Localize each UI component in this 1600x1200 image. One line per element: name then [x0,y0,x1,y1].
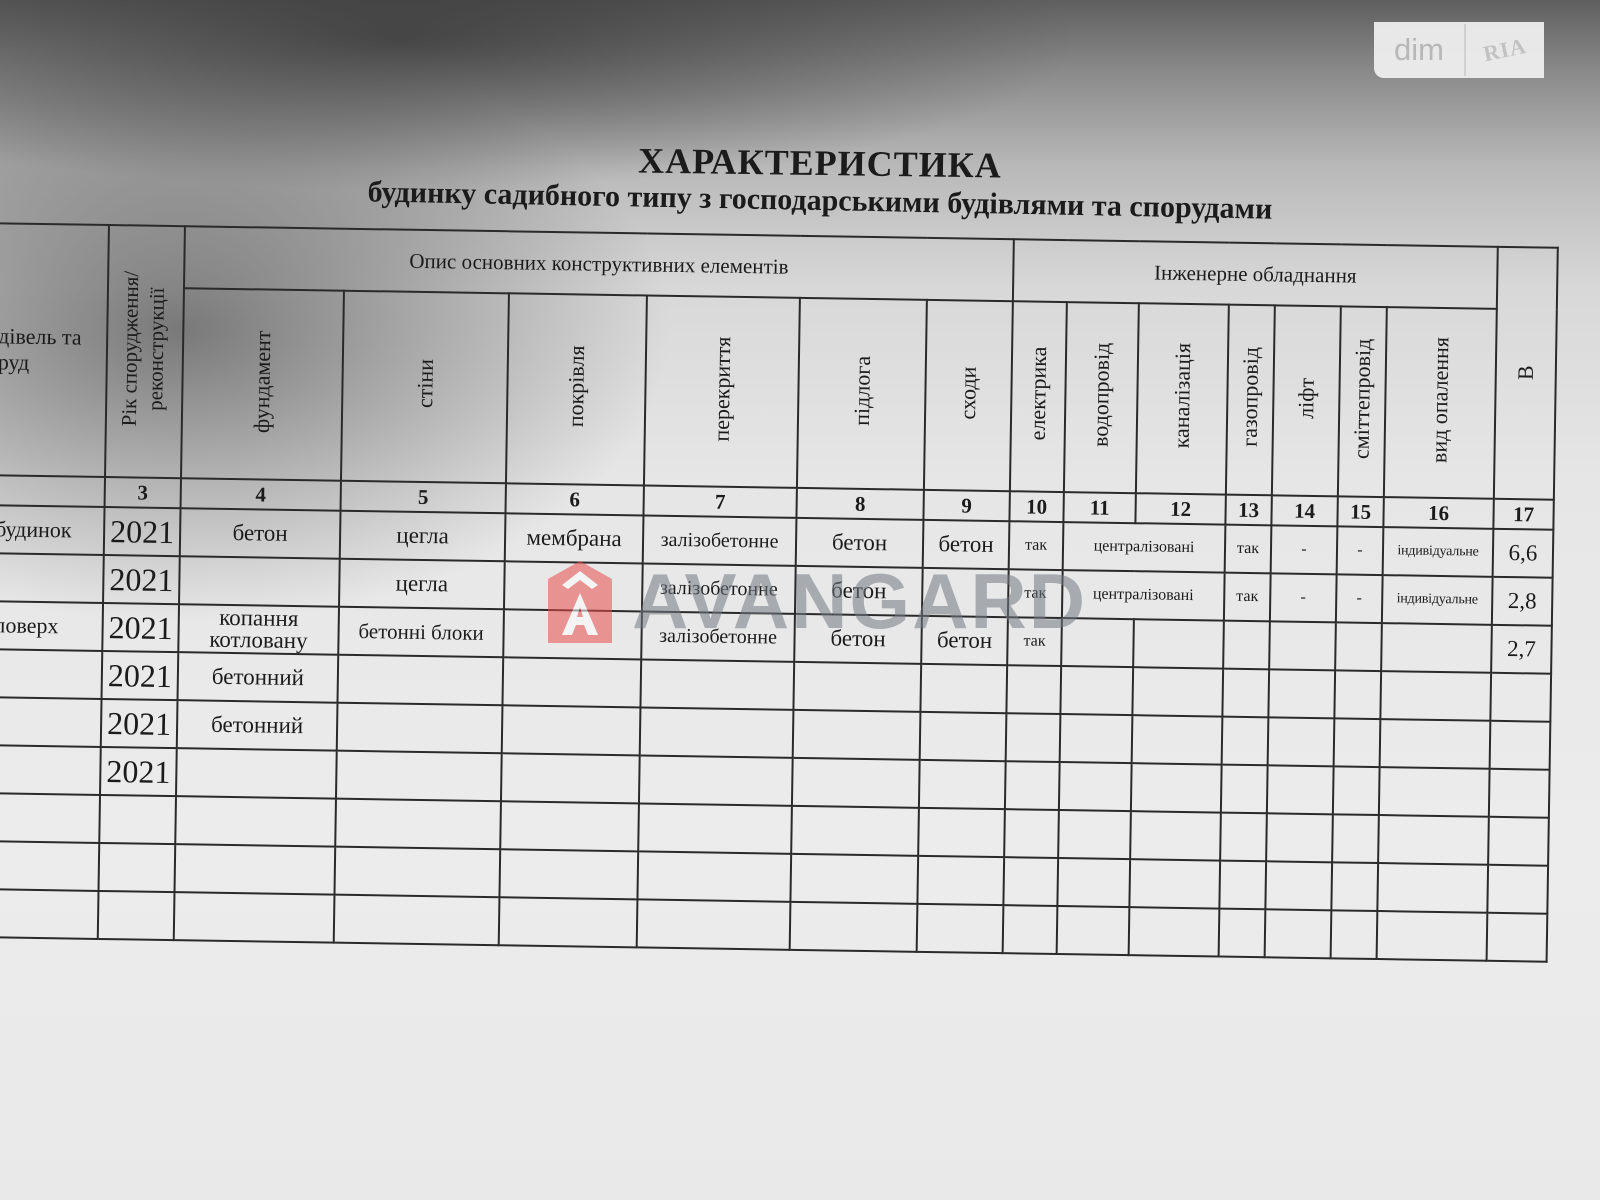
floor-cell: бетон [794,614,922,664]
col-num: 3 [105,477,181,508]
header-walls: стіни [341,291,509,484]
header-heating: вид опалення [1384,307,1497,499]
col-num: 15 [1337,496,1383,527]
year-cell: 2021 [103,555,180,604]
chute-cell: - [1336,574,1383,623]
chute-cell [1335,622,1382,671]
building-name [0,841,99,891]
gas-cell [1223,621,1270,670]
gas-cell: так [1225,525,1272,574]
dim-ria-watermark: dim RIA [1374,22,1544,78]
ria-logo-text: RIA [1464,29,1546,71]
header-year: Рік спорудження/ реконструкції [105,225,185,478]
building-name [0,793,100,843]
year-cell: 2021 [102,651,179,700]
stairs-cell [922,568,1009,617]
header-chute: сміттепровід [1338,306,1387,497]
header-foundation: фундамент [181,288,344,480]
electric-cell: так [1008,569,1063,618]
header-stairs: сходи [924,300,1013,491]
year-cell [99,795,176,844]
gas-cell: так [1224,573,1271,622]
year-cell: 2021 [101,699,178,748]
sewer-cell [1133,619,1224,668]
col-num: 10 [1009,491,1063,522]
dim-logo-text: dim [1374,24,1466,76]
year-cell: 2021 [102,603,179,652]
ceiling-cell: залізобетонне [643,515,797,565]
heating-cell: індивідуальне [1382,575,1493,625]
header-engineering-group: Інженерне обладнання [1013,239,1498,309]
header-roof: покрівля [506,293,647,485]
col-num: 8 [796,488,923,520]
col-num: 14 [1271,495,1337,526]
area-cell: 2,7 [1491,625,1552,674]
walls-cell: цегла [339,559,505,610]
col-num: 11 [1063,492,1135,523]
ceiling-cell: залізобетонне [642,563,796,613]
header-building: дівель та руд [0,223,109,477]
walls-cell: цегла [340,511,506,562]
characteristics-table: дівель та руд Рік спорудження/ реконстру… [0,222,1559,963]
col-num: 16 [1383,497,1493,529]
header-electric: електрика [1010,301,1067,492]
walls-cell: бетонні блоки [338,607,504,658]
col-num: 9 [923,490,1009,521]
col-num: 12 [1135,493,1225,524]
building-name: поверх [0,601,103,651]
header-water: водопровід [1064,302,1139,493]
col-num: 13 [1225,495,1271,526]
header-floor: підлога [797,298,927,490]
lift-cell [1269,621,1336,670]
area-cell: 6,6 [1493,529,1554,578]
water-sewer-cell: централізовані [1062,570,1225,621]
header-lift: ліфт [1272,305,1341,496]
floor-cell: бетон [795,566,923,616]
foundation-cell: копання котловану [178,604,339,655]
foundation-cell [179,556,340,607]
heating-cell [1381,623,1492,673]
heating-cell: індивідуальне [1383,527,1494,577]
header-sewer: каналізація [1136,303,1229,494]
foundation-cell: бетонний [178,652,339,703]
area-cell: 2,8 [1492,577,1553,626]
lift-cell: - [1270,573,1337,622]
building-name: будинок [0,505,105,555]
electric-cell: так [1007,617,1062,666]
header-ceiling: перекриття [644,295,800,487]
roof-cell [503,609,642,659]
building-name [0,745,101,795]
year-cell [98,891,175,940]
header-gas: газопровід [1226,305,1275,496]
year-cell [99,843,176,892]
water-sewer-cell: централізовані [1063,522,1226,573]
foundation-cell: бетон [180,508,341,559]
floor-cell: бетон [796,518,924,568]
building-name [0,889,99,939]
year-cell: 2021 [100,747,177,796]
stairs-cell: бетон [923,520,1010,569]
col-num: 4 [181,478,341,511]
header-col17: В [1494,247,1558,500]
roof-cell [504,561,643,611]
col-num: 17 [1493,499,1553,530]
electric-cell: так [1009,521,1064,570]
chute-cell: - [1337,526,1384,575]
roof-cell: мембрана [505,513,644,563]
lift-cell: - [1271,525,1338,574]
building-name [0,553,104,603]
col-num: 6 [505,483,643,515]
foundation-cell: бетонний [177,700,338,751]
stairs-cell: бетон [921,616,1008,665]
col-num: 7 [643,485,796,517]
building-name [0,649,102,699]
ceiling-cell: залізобетонне [641,611,795,661]
building-name [0,697,102,747]
col-num: 5 [341,481,506,514]
water-cell [1061,618,1134,667]
foundation-cell [176,748,337,799]
year-cell: 2021 [104,507,181,556]
